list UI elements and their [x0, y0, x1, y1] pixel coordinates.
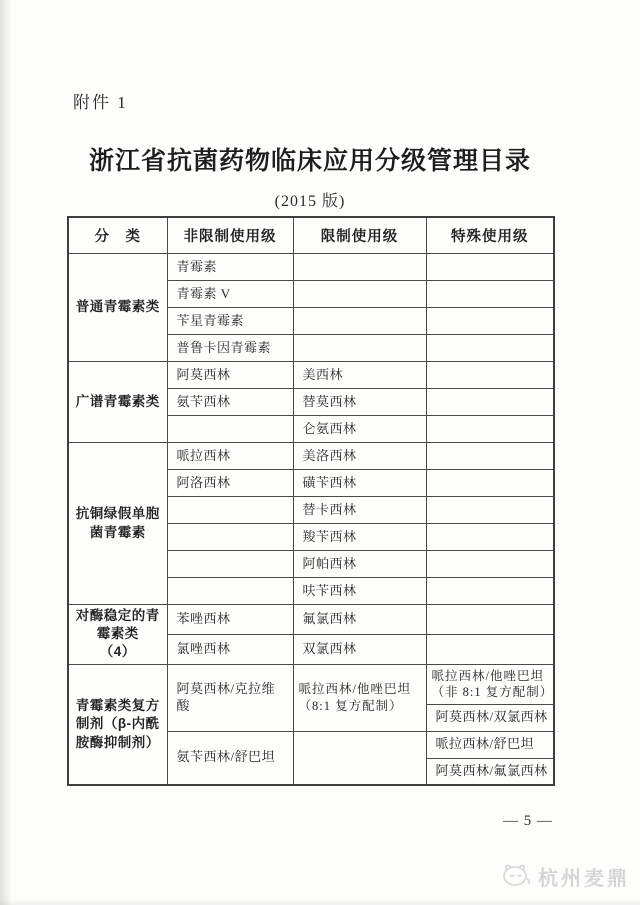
drug-catalog-table: 分 类 非限制使用级 限制使用级 特殊使用级 普通青霉素类 青霉素 青霉素 V …	[67, 216, 555, 786]
empty-cell	[426, 524, 554, 551]
drug-cell: 哌拉西林/舒巴坦	[426, 731, 554, 758]
table-row: 青霉素类复方制剂（β-内酰胺酶抑制剂） 阿莫西林/克拉维酸 哌拉西林/他唑巴坦 …	[68, 664, 554, 704]
drug-cell: 苄星青霉素	[167, 308, 293, 335]
watermark: 杭州麦鼎	[500, 860, 630, 893]
watermark-text: 杭州麦鼎	[538, 862, 630, 891]
drug-cell: 氟氯西林	[293, 605, 426, 635]
drug-cell: 磺苄西林	[293, 470, 426, 497]
table-row: 抗铜绿假单胞菌青霉素 哌拉西林 美洛西林	[68, 443, 554, 470]
empty-cell	[426, 335, 554, 362]
table-row: 对酶稳定的青霉素类 （4） 苯唑西林 氟氯西林	[68, 605, 554, 635]
mascot-logo-icon	[500, 860, 532, 893]
table-row: 广谱青霉素类 阿莫西林 美西林	[68, 362, 554, 389]
category-cell: 广谱青霉素类	[68, 362, 167, 443]
empty-cell	[426, 362, 554, 389]
column-header-restricted: 限制使用级	[293, 217, 426, 254]
empty-cell	[167, 416, 293, 443]
table-header-row: 分 类 非限制使用级 限制使用级 特殊使用级	[68, 217, 554, 254]
empty-cell	[426, 254, 554, 281]
drug-cell: 青霉素	[167, 254, 293, 281]
page-subtitle: (2015 版)	[67, 188, 553, 211]
drug-cell: 阿莫西林	[167, 362, 293, 389]
drug-cell: 阿莫西林/克拉维酸	[167, 664, 293, 731]
empty-cell	[293, 308, 426, 335]
annex-label: 附件 1	[73, 88, 128, 113]
empty-cell	[293, 254, 426, 281]
empty-cell	[426, 578, 554, 605]
drug-cell: 仑氨西林	[293, 416, 426, 443]
drug-cell: 青霉素 V	[167, 281, 293, 308]
empty-cell	[426, 389, 554, 416]
empty-cell	[426, 497, 554, 524]
category-cell: 普通青霉素类	[68, 254, 167, 362]
page-number: — 5 —	[0, 813, 553, 830]
page-title: 浙江省抗菌药物临床应用分级管理目录	[67, 141, 553, 177]
drug-cell: 替卡西林	[293, 497, 426, 524]
empty-cell	[426, 281, 554, 308]
drug-cell: 美洛西林	[293, 443, 426, 470]
empty-cell	[426, 551, 554, 578]
drug-cell: 替莫西林	[293, 389, 426, 416]
category-cell: 抗铜绿假单胞菌青霉素	[68, 443, 167, 605]
drug-cell: 阿莫西林/氟氯西林	[426, 758, 554, 785]
table-row: 普通青霉素类 青霉素	[68, 254, 554, 281]
category-cell: 青霉素类复方制剂（β-内酰胺酶抑制剂）	[68, 664, 167, 785]
drug-cell: 哌拉西林/他唑巴坦 （非 8:1 复方配制）	[426, 664, 554, 704]
drug-cell: 氨苄西林	[167, 389, 293, 416]
drug-cell: 阿洛西林	[167, 470, 293, 497]
empty-cell	[167, 551, 293, 578]
empty-cell	[167, 497, 293, 524]
drug-cell: 氯唑西林	[167, 634, 293, 664]
drug-cell: 美西林	[293, 362, 426, 389]
drug-cell: 苯唑西林	[167, 605, 293, 635]
drug-cell: 哌拉西林	[167, 443, 293, 470]
empty-cell	[426, 308, 554, 335]
drug-cell: 阿帕西林	[293, 551, 426, 578]
drug-cell: 双氯西林	[293, 634, 426, 664]
drug-cell: 阿莫西林/双氯西林	[426, 704, 554, 731]
column-header-special: 特殊使用级	[426, 217, 554, 254]
empty-cell	[293, 335, 426, 362]
empty-cell	[426, 416, 554, 443]
scan-bottom-shadow	[0, 899, 640, 905]
category-cell: 对酶稳定的青霉素类 （4）	[68, 605, 167, 665]
empty-cell	[426, 470, 554, 497]
empty-cell	[293, 281, 426, 308]
drug-cell: 氨苄西林/舒巴坦	[167, 731, 293, 785]
empty-cell	[426, 605, 554, 635]
document-page: 附件 1 浙江省抗菌药物临床应用分级管理目录 (2015 版) 分 类 非限制使…	[0, 0, 640, 905]
column-header-non-restricted: 非限制使用级	[167, 217, 293, 254]
column-header-category: 分 类	[68, 217, 167, 254]
empty-cell	[426, 443, 554, 470]
drug-cell: 哌拉西林/他唑巴坦 （8:1 复方配制）	[293, 664, 426, 731]
scan-edge-shadow	[0, 0, 12, 905]
empty-cell	[167, 524, 293, 551]
drug-cell: 羧苄西林	[293, 524, 426, 551]
drug-cell: 呋苄西林	[293, 578, 426, 605]
drug-cell: 普鲁卡因青霉素	[167, 335, 293, 362]
empty-cell	[426, 634, 554, 664]
empty-cell	[293, 731, 426, 785]
empty-cell	[167, 578, 293, 605]
